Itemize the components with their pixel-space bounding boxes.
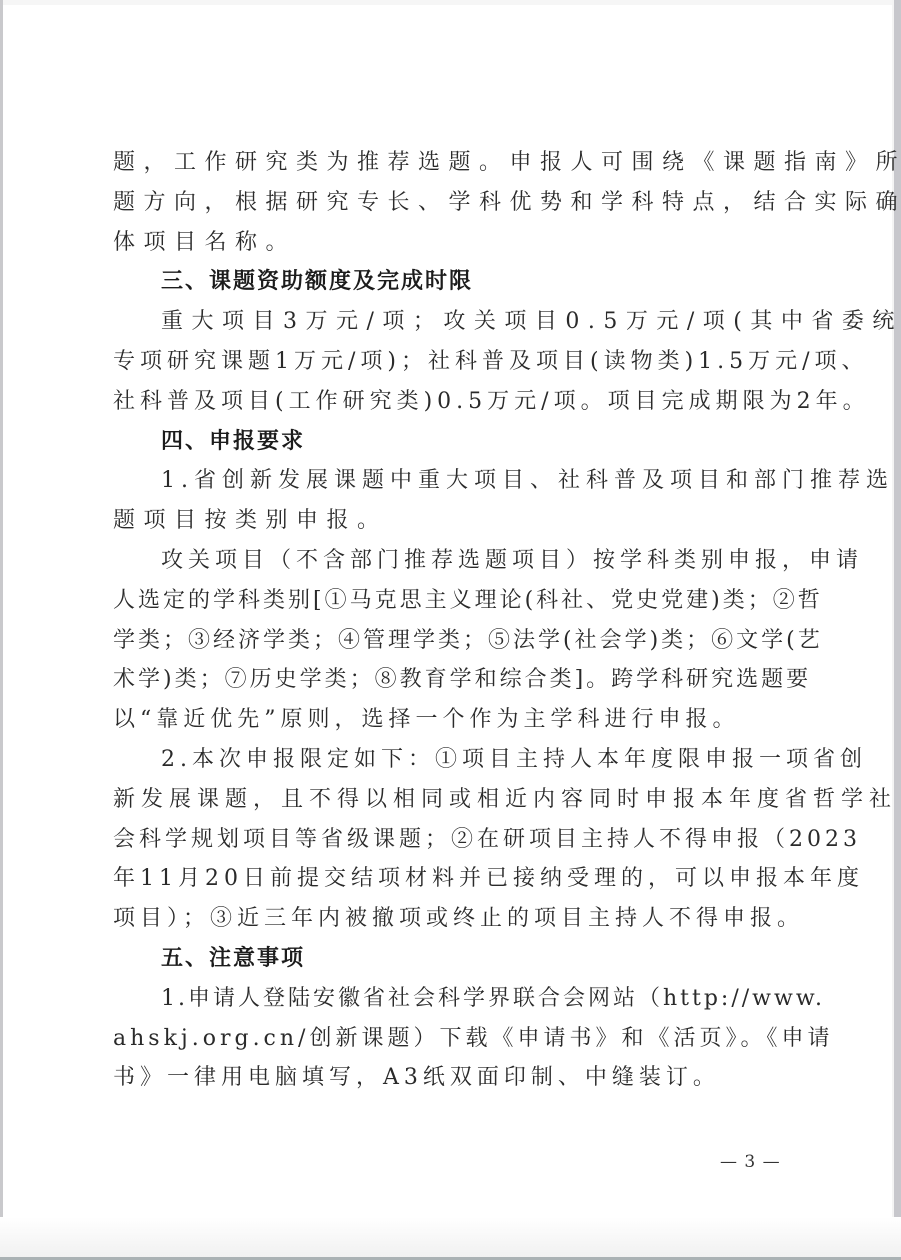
text-line: 社科普及项目(工作研究类)0.5万元/项。项目完成期限为2年。 xyxy=(113,382,789,422)
section-heading-notes: 五、注意事项 xyxy=(113,939,789,979)
text-line: 项目）；③近三年内被撤项或终止的项目主持人不得申报。 xyxy=(113,899,789,939)
page-right-border xyxy=(892,0,901,1260)
text-line: 攻关项目（不含部门推荐选题项目）按学科类别申报，申请 xyxy=(113,541,789,581)
page-left-border xyxy=(0,0,3,1260)
page-top-edge xyxy=(0,0,901,5)
text-line: 年11月20日前提交结项材料并已接纳受理的，可以申报本年度 xyxy=(113,859,789,899)
text-line: 1.申请人登陆安徽省社会科学界联合会网站（http://www. xyxy=(113,979,789,1019)
text-line: ahskj.org.cn/创新课题）下载《申请书》和《活页》。《申请 xyxy=(113,1019,789,1059)
text-line: 1.省创新发展课题中重大项目、社科普及项目和部门推荐选 xyxy=(113,461,789,501)
text-line: 题方向，根据研究专长、学科优势和学科特点，结合实际确定具 xyxy=(113,183,789,223)
section-heading-funding: 三、课题资助额度及完成时限 xyxy=(113,262,789,302)
text-line: 术学)类；⑦历史学类；⑧教育学和综合类]。跨学科研究选题要 xyxy=(113,660,789,700)
text-line: 重大项目3万元/项；攻关项目0.5万元/项(其中省委统战部 xyxy=(113,302,789,342)
text-line: 人选定的学科类别[①马克思主义理论(科社、党史党建)类；②哲 xyxy=(113,581,789,621)
text-line: 学类；③经济学类；④管理学类；⑤法学(社会学)类；⑥文学(艺 xyxy=(113,621,789,661)
section-heading-requirements: 四、申报要求 xyxy=(113,422,789,462)
text-line: 以“靠近优先”原则，选择一个作为主学科进行申报。 xyxy=(113,700,789,740)
document-body: 题，工作研究类为推荐选题。申报人可围绕《课题指南》所列选 题方向，根据研究专长、… xyxy=(113,143,789,1098)
document-page: 题，工作研究类为推荐选题。申报人可围绕《课题指南》所列选 题方向，根据研究专长、… xyxy=(0,0,901,1260)
text-line: 2.本次申报限定如下：①项目主持人本年度限申报一项省创 xyxy=(113,740,789,780)
text-line: 书》一律用电脑填写，A3纸双面印制、中缝装订。 xyxy=(113,1058,789,1098)
page-bottom-shade xyxy=(0,1217,901,1257)
text-line: 体项目名称。 xyxy=(113,223,789,263)
text-line: 题项目按类别申报。 xyxy=(113,501,789,541)
page-number: — 3 — xyxy=(720,1152,781,1172)
text-line: 题，工作研究类为推荐选题。申报人可围绕《课题指南》所列选 xyxy=(113,143,789,183)
text-line: 会科学规划项目等省级课题；②在研项目主持人不得申报（2023 xyxy=(113,820,789,860)
text-line: 专项研究课题1万元/项)；社科普及项目(读物类)1.5万元/项、 xyxy=(113,342,789,382)
text-line: 新发展课题，且不得以相同或相近内容同时申报本年度省哲学社 xyxy=(113,780,789,820)
